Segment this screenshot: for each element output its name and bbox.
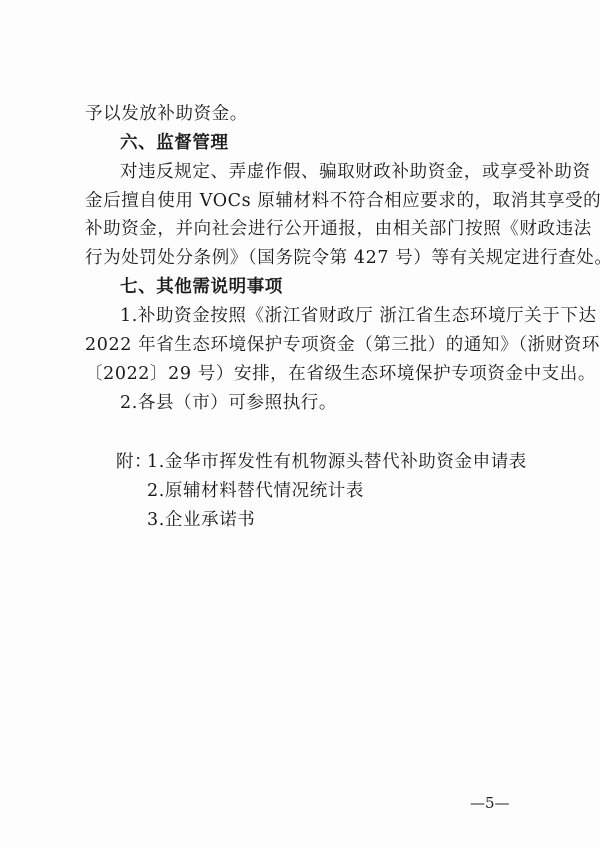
paragraph-line: 2.各县（市）可参照执行。 [120,389,521,418]
attachment-item: 3.企业承诺书 [147,506,255,535]
paragraph-line: 行为处罚处分条例》（国务院令第 427 号）等有关规定进行查处。 [85,244,521,273]
attachment-item: 1.金华市挥发性有机物源头替代补助资金申请表 [147,448,527,477]
attachment-item: 2.原辅材料替代情况统计表 [147,477,364,506]
section-heading-supervision: 六、监督管理 [120,129,521,158]
page-number: —5— [470,791,510,815]
paragraph-line: 补助资金，并向社会进行公开通报，由相关部门按照《财政违法 [85,215,521,244]
paragraph-line: 对违反规定、弄虚作假、骗取财政补助资金，或享受补助资 [120,158,521,187]
paragraph-line: 2022 年省生态环境保护专项资金（第三批）的通知》（浙财资环 [85,331,521,360]
section-heading-other-matters: 七、其他需说明事项 [120,273,521,302]
paragraph-line: 予以发放补助资金。 [85,100,521,129]
document-page: 予以发放补助资金。 六、监督管理 对违反规定、弄虚作假、骗取财政补助资金，或享受… [0,0,600,848]
paragraph-line: 1.补助资金按照《浙江省财政厅 浙江省生态环境厅关于下达 [120,302,521,331]
paragraph-line: 金后擅自使用 VOCs 原辅材料不符合相应要求的，取消其享受的 [85,187,521,216]
paragraph-line: 〔2022〕29 号）安排，在省级生态环境保护专项资金中支出。 [85,360,521,389]
